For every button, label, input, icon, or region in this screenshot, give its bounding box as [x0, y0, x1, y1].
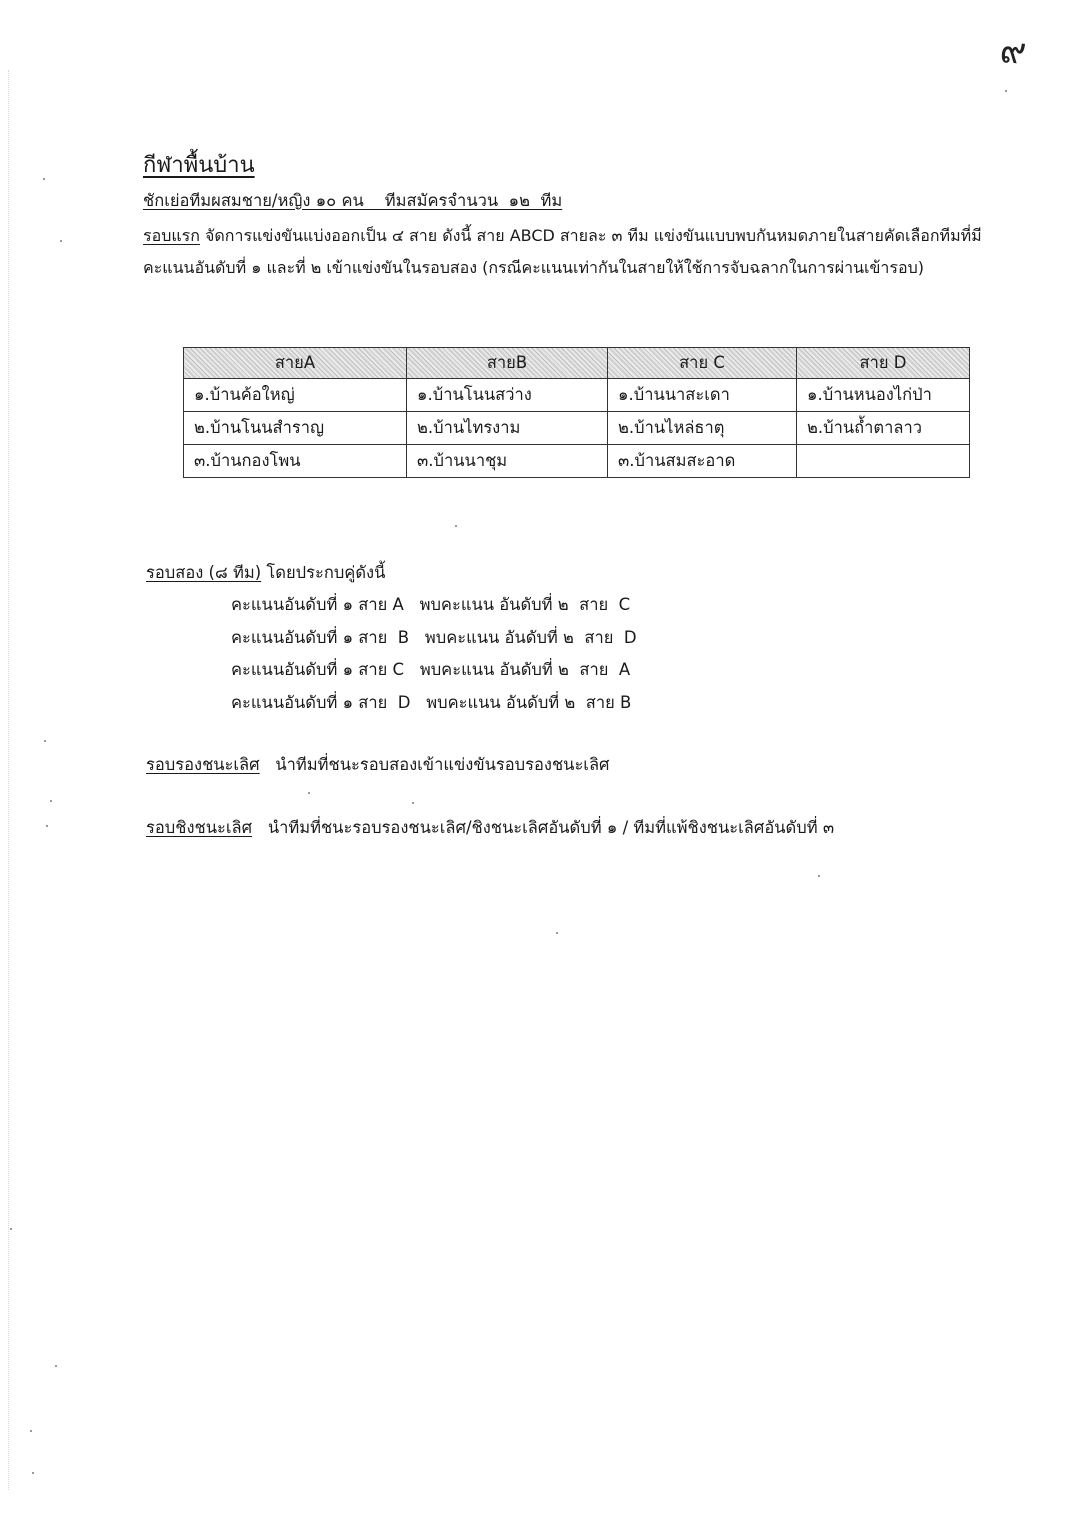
page-number: ๙	[998, 21, 1028, 80]
scan-speck	[44, 740, 46, 742]
table-row: ๑.บ้านค้อใหญ่ ๑.บ้านโนนสว่าง ๑.บ้านนาสะเ…	[184, 379, 970, 412]
semifinal-line: รอบรองชนะเลิศ นำทีมที่ชนะรอบสองเข้าแข่งข…	[146, 752, 610, 778]
scan-speck	[308, 792, 310, 794]
scan-speck	[412, 802, 414, 804]
table-cell	[797, 445, 970, 478]
round1-text: จัดการแข่งขันแบ่งออกเป็น ๔ สาย ดังนี้ สา…	[143, 226, 982, 277]
table-cell: ๑.บ้านหนองไก่ป่า	[797, 379, 970, 412]
groups-table: สายA สายB สาย C สาย D ๑.บ้านค้อใหญ่ ๑.บ้…	[183, 347, 970, 478]
table-row: ๒.บ้านโนนสำราญ ๒.บ้านไทรงาม ๒.บ้านไหล่ธา…	[184, 412, 970, 445]
final-text: นำทีมที่ชนะรอบรองชนะเลิศ/ชิงชนะเลิศอันดั…	[252, 818, 834, 837]
final-label: รอบชิงชนะเลิศ	[146, 818, 252, 837]
document-title: กีฬาพื้นบ้าน	[143, 147, 255, 182]
pairing-item: คะแนนอันดับที่ ๑ สาย B พบคะแนน อันดับที่…	[231, 622, 637, 655]
scan-speck	[10, 1228, 12, 1230]
pairing-item: คะแนนอันดับที่ ๑ สาย C พบคะแนน อันดับที่…	[231, 654, 637, 687]
scan-speck	[55, 1365, 57, 1367]
header-group-a: สายA	[184, 348, 407, 379]
scan-speck	[30, 1430, 32, 1432]
header-group-c: สาย C	[608, 348, 797, 379]
round2-label: รอบสอง (๘ ทีม)	[146, 563, 261, 582]
event-subtitle: ชักเย่อทีมผสมชาย/หญิง ๑๐ คน ทีมสมัครจำนว…	[143, 188, 562, 214]
table-cell: ๒.บ้านถ้ำตาลาว	[797, 412, 970, 445]
table-cell: ๑.บ้านโนนสว่าง	[407, 379, 608, 412]
round1-label: รอบแรก	[143, 226, 200, 245]
table-cell: ๓.บ้านกองโพน	[184, 445, 407, 478]
scan-speck	[818, 875, 820, 877]
scan-speck	[50, 800, 52, 802]
table-cell: ๒.บ้านไทรงาม	[407, 412, 608, 445]
table-row: ๓.บ้านกองโพน ๓.บ้านนาชุม ๓.บ้านสมสะอาด	[184, 445, 970, 478]
table-cell: ๑.บ้านค้อใหญ่	[184, 379, 407, 412]
round2-pairings: คะแนนอันดับที่ ๑ สาย A พบคะแนน อันดับที่…	[231, 589, 637, 719]
scan-speck	[556, 932, 558, 934]
scan-speck	[455, 525, 457, 527]
semifinal-text: นำทีมที่ชนะรอบสองเข้าแข่งขันรอบรองชนะเลิ…	[260, 755, 610, 774]
round2-heading: รอบสอง (๘ ทีม) โดยประกบคู่ดังนี้	[146, 560, 385, 586]
table-cell: ๓.บ้านสมสะอาด	[608, 445, 797, 478]
table-cell: ๒.บ้านโนนสำราญ	[184, 412, 407, 445]
scan-speck	[46, 825, 48, 827]
scan-speck	[32, 1472, 34, 1474]
round2-text: โดยประกบคู่ดังนี้	[261, 563, 385, 582]
scan-margin-line	[8, 70, 9, 1490]
pairing-item: คะแนนอันดับที่ ๑ สาย A พบคะแนน อันดับที่…	[231, 589, 637, 622]
pairing-item: คะแนนอันดับที่ ๑ สาย D พบคะแนน อันดับที่…	[231, 687, 637, 720]
round1-paragraph: รอบแรก จัดการแข่งขันแบ่งออกเป็น ๔ สาย ดั…	[143, 220, 983, 284]
scan-speck	[43, 178, 45, 180]
scan-speck	[1005, 90, 1007, 92]
table-cell: ๒.บ้านไหล่ธาตุ	[608, 412, 797, 445]
table-header-row: สายA สายB สาย C สาย D	[184, 348, 970, 379]
final-line: รอบชิงชนะเลิศ นำทีมที่ชนะรอบรองชนะเลิศ/ช…	[146, 815, 834, 841]
scan-speck	[60, 240, 62, 242]
semifinal-label: รอบรองชนะเลิศ	[146, 755, 260, 774]
header-group-d: สาย D	[797, 348, 970, 379]
table-cell: ๓.บ้านนาชุม	[407, 445, 608, 478]
table-cell: ๑.บ้านนาสะเดา	[608, 379, 797, 412]
header-group-b: สายB	[407, 348, 608, 379]
